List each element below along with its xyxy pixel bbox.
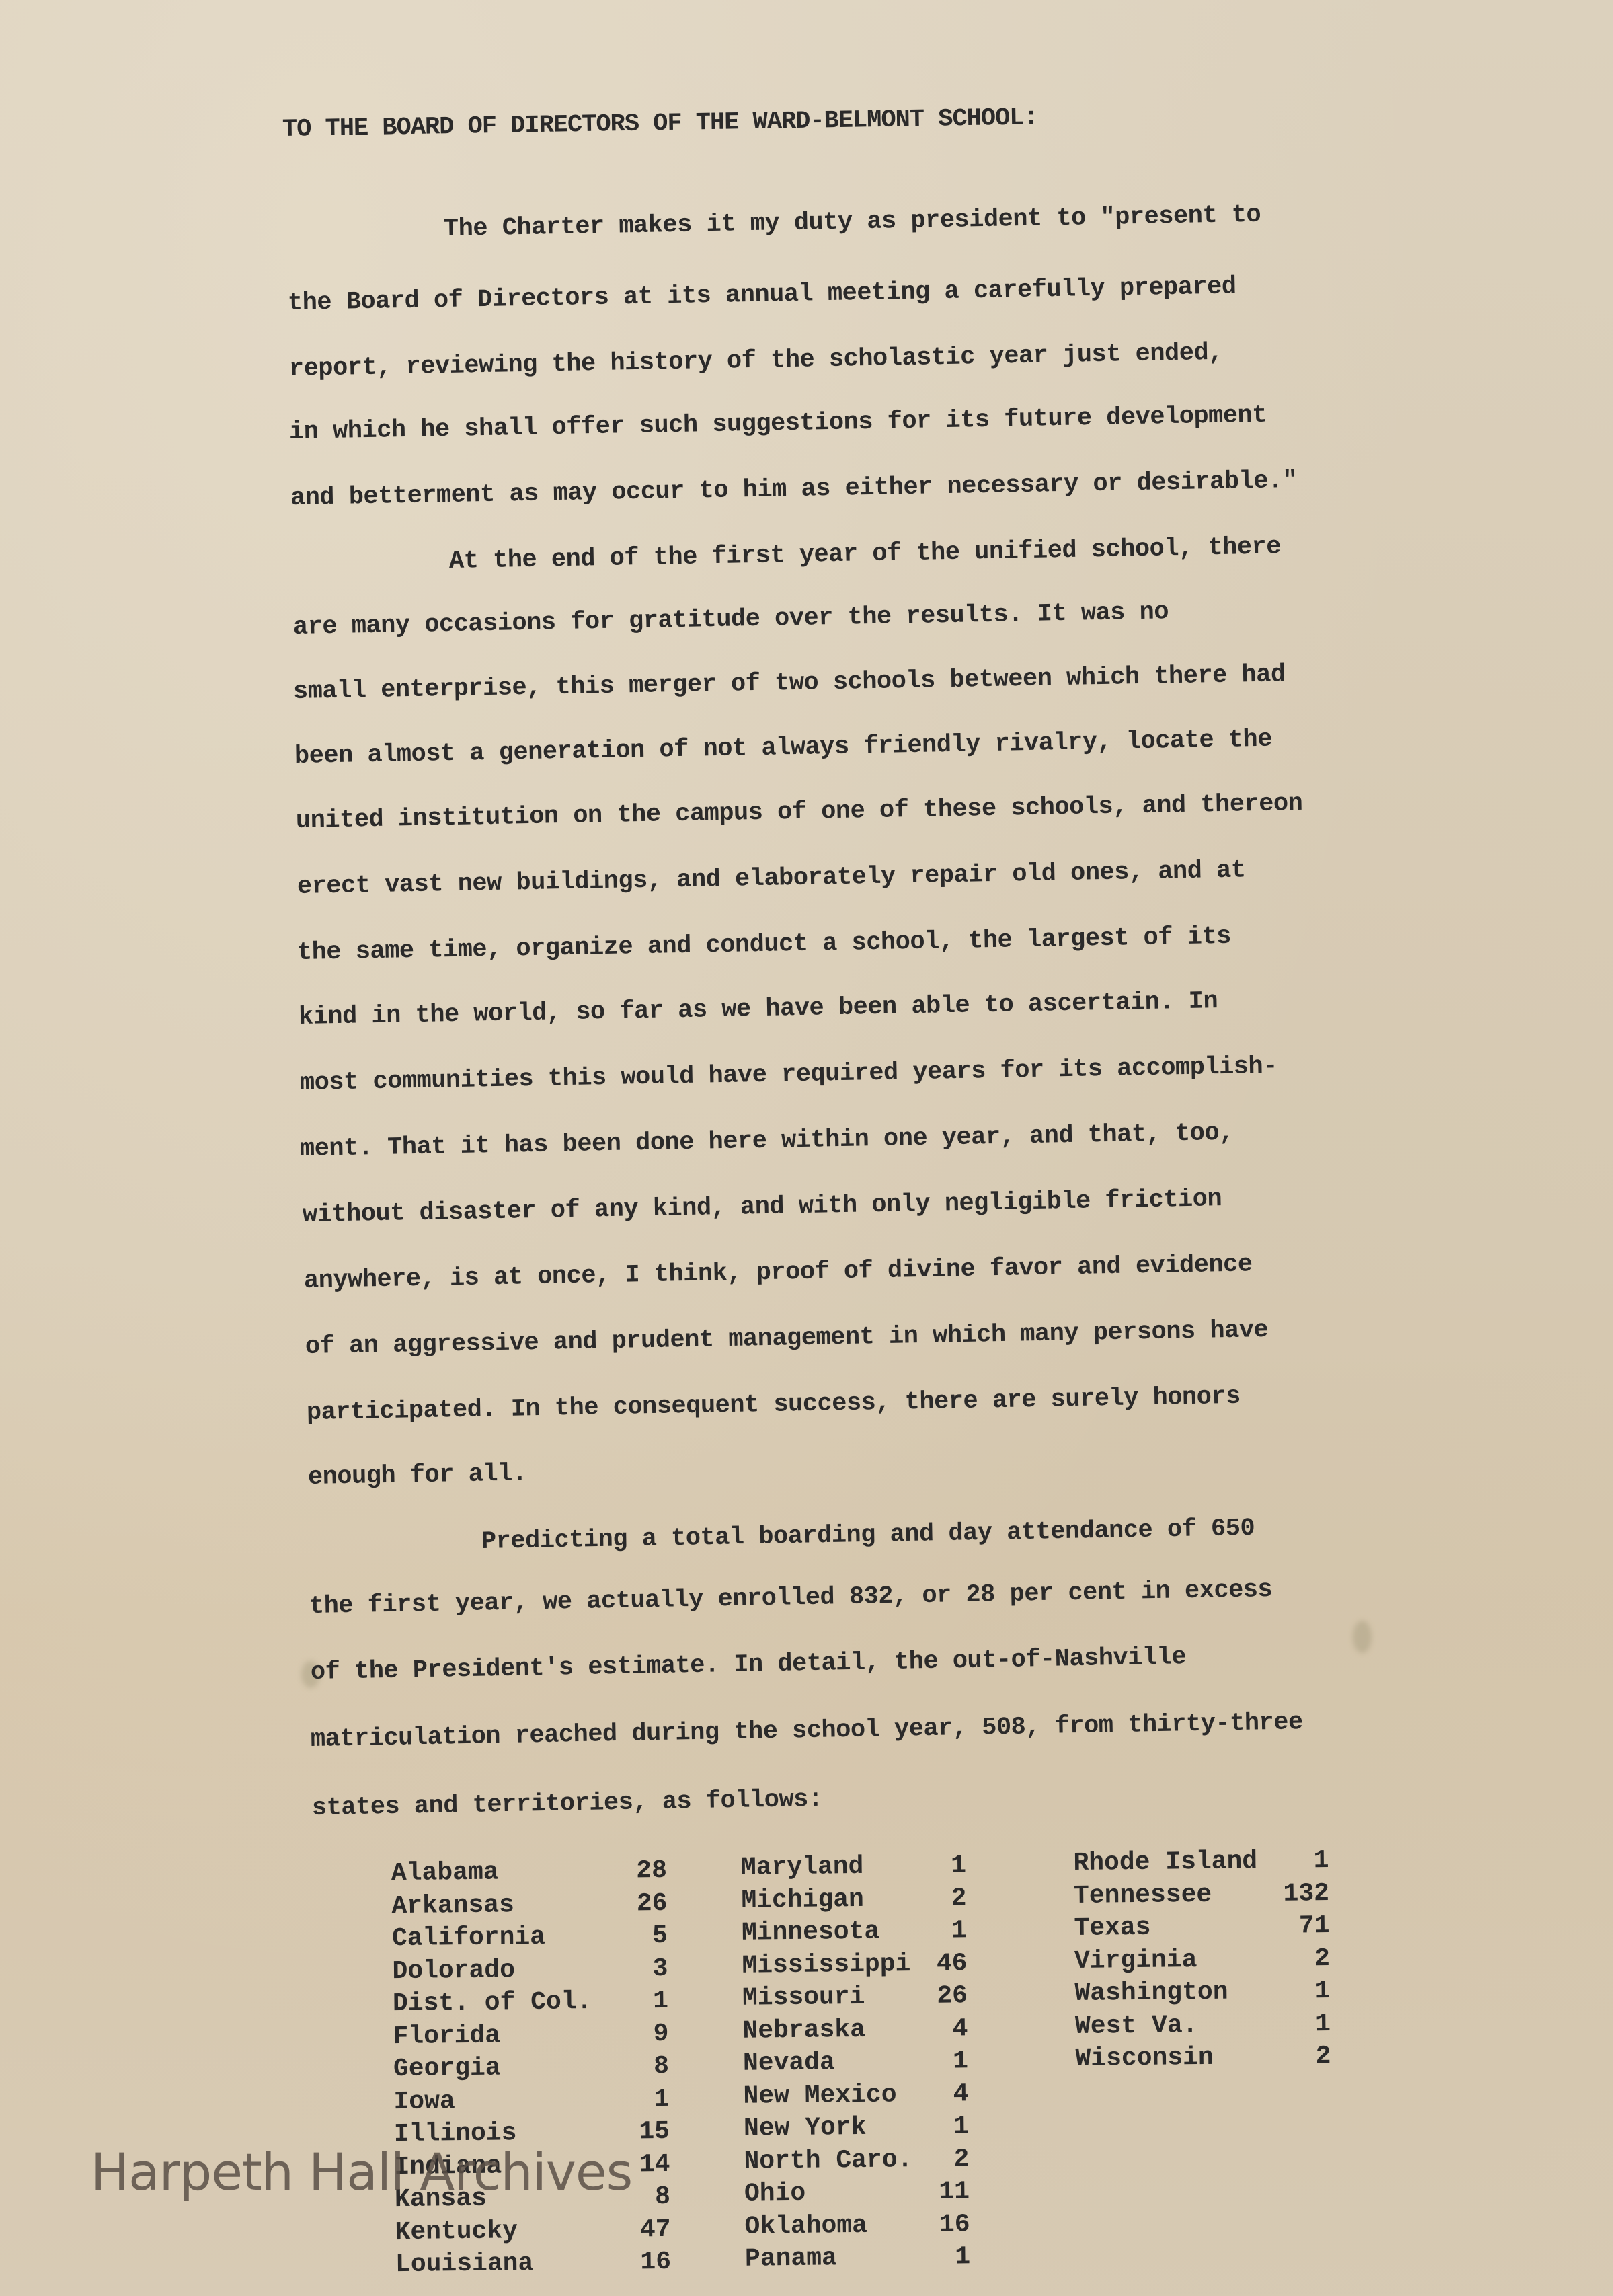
state-name: Panama [745, 2242, 837, 2276]
report-text-line: enough for all. [308, 1459, 527, 1492]
state-name: Florida [393, 2020, 500, 2053]
state-count: 2 [951, 1882, 966, 1915]
state-count: 1 [1315, 2008, 1331, 2041]
state-name: Tennessee [1074, 1878, 1212, 1913]
state-count: 14 [639, 2148, 670, 2181]
report-text-line: united institution on the campus of one … [296, 790, 1303, 835]
document-page: TO THE BOARD OF DIRECTORS OF THE WARD-BE… [0, 0, 1613, 2296]
report-text-line: the same time, organize and conduct a sc… [297, 923, 1232, 967]
state-name: Ohio [744, 2178, 806, 2211]
state-name: Alabama [391, 1856, 499, 1890]
report-text-line: without disaster of any kind, and with o… [303, 1185, 1222, 1229]
salutation-heading: TO THE BOARD OF DIRECTORS OF THE WARD-BE… [282, 104, 1038, 144]
report-text-line: and betterment as may occur to him as ei… [290, 467, 1298, 512]
state-row: Texas71 [1074, 1910, 1329, 1945]
state-row: Alabama28 [391, 1855, 667, 1890]
state-name: Dolorado [392, 1954, 515, 1988]
state-count: 26 [937, 1980, 968, 2013]
states-column-2: Maryland1Michigan2Minnesota1Mississippi4… [741, 1849, 971, 2276]
state-count: 2 [1314, 1943, 1330, 1976]
state-name: Kentucky [395, 2215, 518, 2249]
report-text-line: are many occasions for gratitude over th… [293, 598, 1169, 642]
state-row: Panama1 [745, 2241, 970, 2276]
state-count: 15 [639, 2116, 670, 2149]
state-row: Dolorado3 [392, 1952, 668, 1988]
state-count: 1 [953, 2045, 968, 2078]
report-text-line: of an aggressive and prudent management … [305, 1316, 1269, 1361]
state-name: Georgia [393, 2052, 501, 2085]
state-name: Iowa [393, 2085, 455, 2118]
state-count: 28 [636, 1855, 667, 1888]
state-count: 132 [1283, 1878, 1329, 1911]
state-count: 11 [939, 2176, 970, 2209]
state-row: Georgia8 [393, 2051, 669, 2086]
state-row: Ohio11 [744, 2176, 970, 2211]
report-text-line: matriculation reached during the school … [311, 1708, 1303, 1754]
state-count: 16 [640, 2246, 671, 2279]
state-row: New Mexico4 [743, 2078, 968, 2113]
state-name: Michigan [741, 1883, 864, 1917]
state-name: Nebraska [742, 2014, 865, 2047]
state-row: Oklahoma16 [744, 2209, 970, 2244]
state-row: Nebraska4 [742, 2013, 968, 2048]
report-text-line: anywhere, is at once, I think, proof of … [304, 1250, 1253, 1295]
state-row: Arkansas26 [391, 1887, 667, 1923]
state-count: 1 [1314, 1975, 1330, 2008]
state-row: North Caro.2 [744, 2143, 969, 2178]
state-count: 1 [653, 1985, 668, 2018]
state-row: Iowa1 [393, 2083, 669, 2118]
state-name: New Mexico [743, 2079, 897, 2113]
report-text-line: most communities this would have require… [300, 1053, 1278, 1098]
paper-stain [1353, 1621, 1372, 1653]
state-row: Rhode Island1 [1073, 1845, 1329, 1880]
state-name: Missouri [742, 1981, 865, 2015]
state-name: Texas [1074, 1912, 1151, 1946]
state-name: Wisconsin [1075, 2042, 1214, 2076]
state-count: 2 [953, 2143, 969, 2176]
state-name: Washington [1074, 1977, 1228, 2011]
state-row: Washington1 [1074, 1975, 1330, 2010]
report-text-line: ment. That it has been done here within … [300, 1119, 1234, 1163]
state-row: Tennessee132 [1074, 1878, 1329, 1913]
report-text-line: The Charter makes it my duty as presiden… [444, 201, 1261, 243]
state-row: Florida9 [393, 2018, 668, 2053]
state-count: 26 [637, 1887, 668, 1920]
states-column-1: Alabama28Arkansas26California5Dolorado3D… [391, 1855, 672, 2282]
archive-watermark: Harpeth Hall Archives [91, 2142, 632, 2202]
state-name: Virginia [1074, 1944, 1197, 1978]
report-text-line: erect vast new buildings, and elaboratel… [297, 856, 1246, 901]
report-text-line: states and territories, as follows: [312, 1786, 823, 1823]
state-row: Kentucky47 [395, 2213, 670, 2249]
report-text-line: kind in the world, so far as we have bee… [299, 987, 1218, 1032]
state-row: Michigan2 [741, 1882, 966, 1917]
state-row: West Va.1 [1075, 2008, 1331, 2043]
state-name: Oklahoma [744, 2209, 867, 2243]
report-text-line: participated. In the consequent success,… [307, 1383, 1241, 1427]
state-count: 1 [951, 1915, 967, 1948]
state-count: 71 [1299, 1910, 1330, 1943]
state-row: Nevada1 [743, 2045, 968, 2080]
state-count: 47 [640, 2213, 671, 2246]
state-row: Wisconsin2 [1075, 2040, 1331, 2075]
report-text-line: At the end of the first year of the unif… [449, 533, 1282, 576]
state-count: 1 [951, 1849, 966, 1882]
state-count: 8 [654, 2051, 669, 2083]
state-name: Nevada [743, 2046, 835, 2080]
state-row: Maryland1 [741, 1849, 966, 1884]
state-count: 1 [955, 2241, 970, 2274]
report-text-line: of the President's estimate. In detail, … [311, 1643, 1187, 1687]
state-row: New York1 [744, 2110, 969, 2145]
state-name: Rhode Island [1073, 1845, 1257, 1880]
state-count: 1 [953, 2110, 969, 2143]
state-count: 2 [1315, 2040, 1331, 2073]
state-count: 1 [1313, 1845, 1329, 1878]
state-count: 8 [655, 2181, 670, 2214]
state-count: 4 [952, 2013, 968, 2046]
state-row: Mississippi46 [742, 1948, 967, 1983]
state-name: North Caro. [744, 2144, 912, 2178]
state-name: Maryland [741, 1851, 864, 1884]
state-name: New York [744, 2112, 867, 2145]
state-name: California [392, 1921, 546, 1956]
state-row: Louisiana16 [395, 2246, 671, 2282]
state-count: 5 [652, 1920, 668, 1953]
states-column-3: Rhode Island1Tennessee132Texas71Virginia… [1073, 1845, 1331, 2075]
state-row: Missouri26 [742, 1980, 968, 2015]
state-name: Mississippi [742, 1948, 910, 1983]
report-text-line: in which he shall offer such suggestions… [289, 401, 1267, 447]
state-count: 3 [652, 1952, 668, 1985]
state-row: Minnesota1 [742, 1915, 967, 1950]
state-count: 16 [939, 2209, 970, 2242]
state-name: Louisiana [395, 2248, 534, 2282]
state-count: 9 [653, 2018, 668, 2051]
report-text-line: report, reviewing the history of the sch… [289, 339, 1224, 383]
state-count: 4 [953, 2078, 968, 2111]
report-text-line: Predicting a total boarding and day atte… [481, 1515, 1255, 1556]
report-text-line: small enterprise, this merger of two sch… [293, 660, 1286, 706]
state-name: West Va. [1075, 2010, 1198, 2043]
state-count: 46 [937, 1948, 968, 1981]
state-name: Arkansas [391, 1889, 514, 1923]
report-text-line: the Board of Directors at its annual mee… [288, 272, 1236, 317]
state-name: Minnesota [742, 1916, 880, 1950]
state-count: 1 [654, 2083, 669, 2116]
state-name: Dist. of Col. [393, 1986, 592, 2021]
state-row: California5 [392, 1920, 668, 1956]
report-text-line: been almost a generation of not always f… [294, 726, 1273, 771]
state-row: Virginia2 [1074, 1943, 1330, 1978]
state-row: Dist. of Col.1 [393, 1985, 668, 2021]
report-text-line: the first year, we actually enrolled 832… [309, 1576, 1273, 1621]
